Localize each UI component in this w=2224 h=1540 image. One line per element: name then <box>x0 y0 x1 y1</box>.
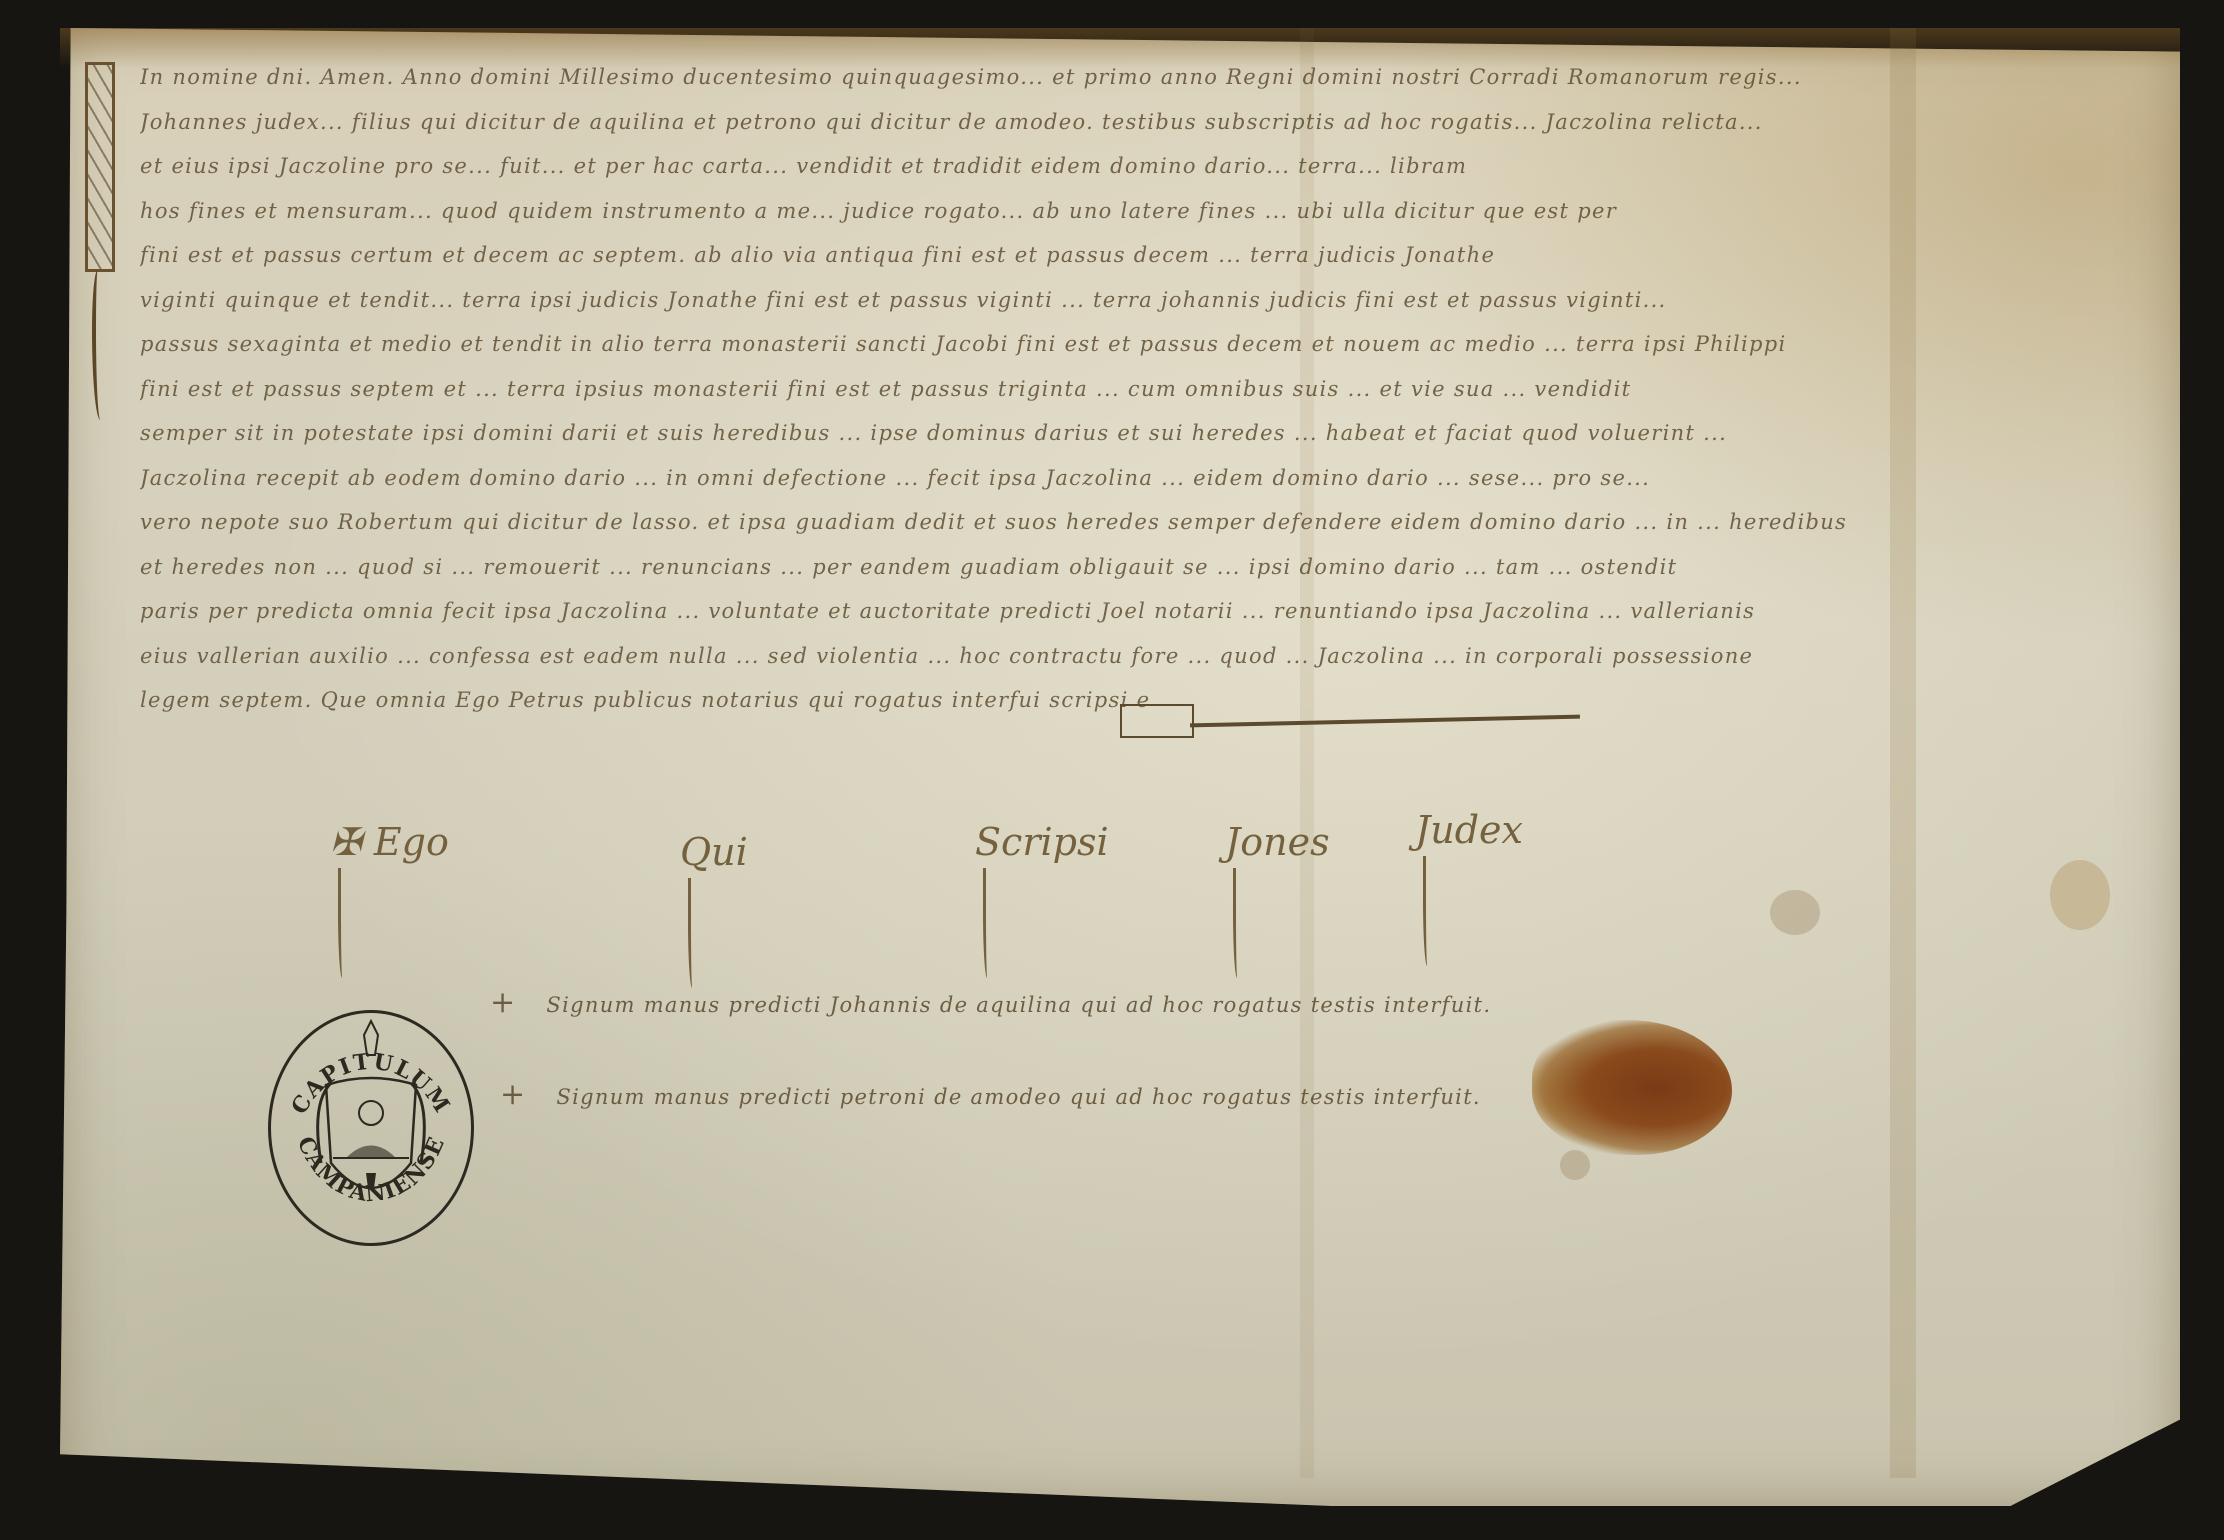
witness-subscription: + Signum manus predicti petroni de amode… <box>500 1077 1481 1112</box>
archive-stamp: CAPITULUM CAMPANIENSE <box>268 1010 474 1246</box>
text-line: et heredes non ... quod si ... remouerit… <box>140 545 2140 590</box>
initial-flourish-icon <box>92 270 106 420</box>
signature: ✠ Ego <box>330 820 449 864</box>
stain-spot <box>2050 860 2110 930</box>
signum-bar <box>1190 715 1580 728</box>
text-line: Jaczolina recepit ab eodem domino dario … <box>140 456 2140 501</box>
notary-subscription: legem septem. Que omnia Ego Petrus publi… <box>140 678 1150 723</box>
signature: Jones <box>1225 820 1330 864</box>
charter-text: In nomine dni. Amen. Anno domini Millesi… <box>140 55 2140 723</box>
text-line: Johannes judex... filius qui dicitur de … <box>140 100 2140 145</box>
text-line: vero nepote suo Robertum qui dicitur de … <box>140 500 2140 545</box>
witness-subscription: + Signum manus predicti Johannis de aqui… <box>490 985 1491 1020</box>
text-line: hos fines et mensuram... quod quidem ins… <box>140 189 2140 234</box>
text-line: passus sexaginta et medio et tendit in a… <box>140 322 2140 367</box>
signature-flourish-icon <box>1423 856 1430 966</box>
decorated-initial-icon <box>85 62 115 272</box>
text-line: paris per predicta omnia fecit ipsa Jacz… <box>140 589 2140 634</box>
svg-text:CAMPANIENSE: CAMPANIENSE <box>292 1133 450 1208</box>
notary-signum-icon <box>1120 712 1590 732</box>
signature-flourish-icon <box>688 878 695 988</box>
signum-box <box>1120 704 1194 738</box>
stain-spot <box>1770 890 1820 935</box>
text-line: semper sit in potestate ipsi domini dari… <box>140 411 2140 456</box>
svg-text:CAPITULUM: CAPITULUM <box>286 1049 455 1119</box>
signatures-row: ✠ Ego Qui Scripsi Jones Judex <box>320 800 1720 980</box>
signature-flourish-icon <box>983 868 990 978</box>
cross-icon: + <box>490 985 516 1020</box>
cross-icon: + <box>500 1077 526 1112</box>
text-line: fini est et passus septem et ... terra i… <box>140 367 2140 412</box>
signature-flourish-icon <box>1233 868 1240 978</box>
signature-flourish-icon <box>338 868 345 978</box>
signature: Scripsi <box>975 820 1109 864</box>
text-line: fini est et passus certum et decem ac se… <box>140 233 2140 278</box>
stain-spot <box>1560 1150 1590 1180</box>
coat-of-arms-icon: CAPITULUM CAMPANIENSE <box>271 1013 471 1243</box>
signature: Judex <box>1415 808 1523 852</box>
text-line: In nomine dni. Amen. Anno domini Millesi… <box>140 55 2140 100</box>
wax-seal-stain <box>1532 1020 1732 1155</box>
signature: Qui <box>680 830 748 874</box>
text-line: viginti quinque et tendit... terra ipsi … <box>140 278 2140 323</box>
text-line: et eius ipsi Jaczoline pro se... fuit...… <box>140 144 2140 189</box>
text-line: eius vallerian auxilio ... confessa est … <box>140 634 2140 679</box>
